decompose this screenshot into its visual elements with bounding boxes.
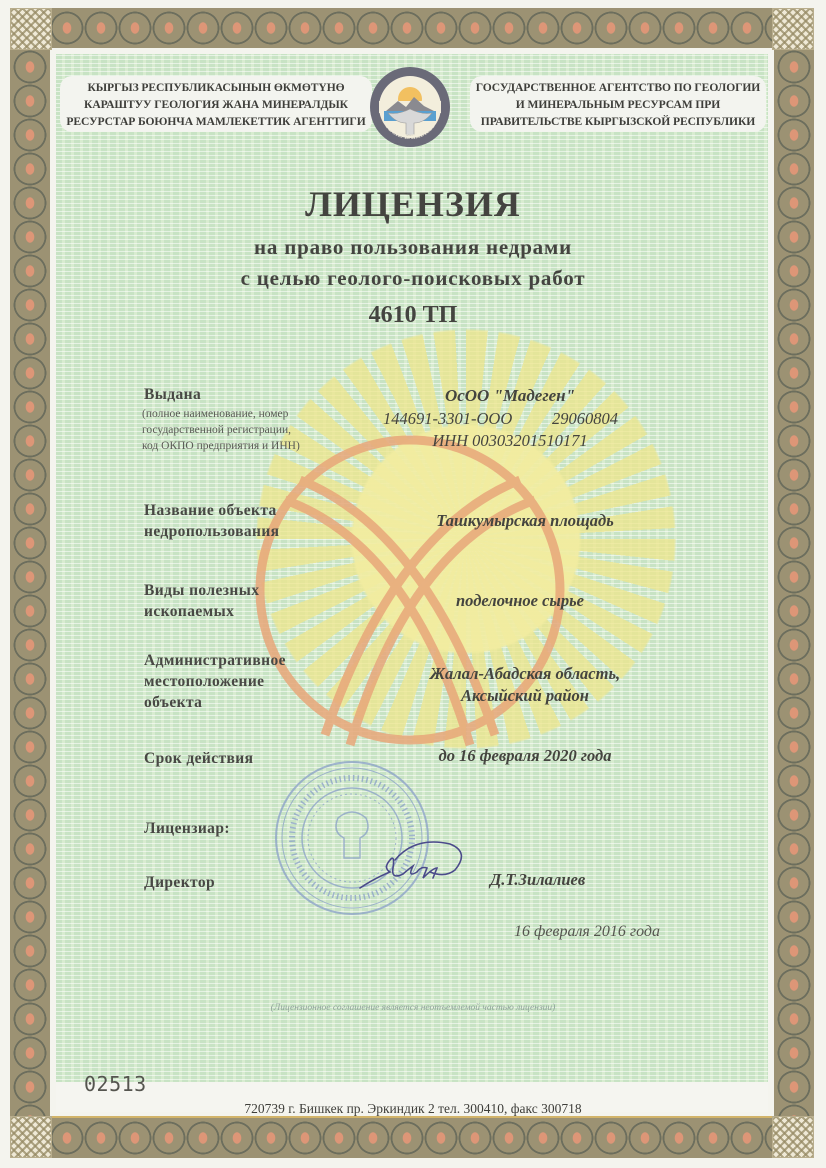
director-signature-icon (355, 838, 470, 896)
licensor-label: Лицензиар: (144, 818, 230, 839)
minerals-label: Виды полезных ископаемых (144, 580, 259, 622)
ornament-corner-icon (10, 1116, 52, 1158)
label-line: местоположение (144, 671, 286, 692)
russian-agency-name: ГОСУДАРСТВЕННОЕ АГЕНТСТВО ПО ГЕОЛОГИИ И … (470, 76, 766, 132)
object-name-label: Название объекта недропользования (144, 500, 279, 542)
license-number: 4610 ТП (0, 302, 826, 329)
okpo-code: 29060804 (552, 408, 662, 430)
agency-line: ГОСУДАРСТВЕННОЕ АГЕНТСТВО ПО ГЕОЛОГИИ (470, 79, 766, 96)
inn-number: ИНН 00303201510171 (400, 430, 620, 452)
company-name: ОсОО "Мадеген" (400, 385, 620, 407)
location-value: Жалал-Абадская область, Аксыйский район (400, 663, 650, 707)
kyrgyz-agency-name: КЫРГЫЗ РЕСПУБЛИКАСЫНЫН ӨКМӨТҮНӨ КАРАШТУУ… (60, 76, 372, 132)
document-subtitle-line2: с целью геолого-поисковых работ (0, 266, 826, 291)
label-line: Административное (144, 650, 286, 671)
note-line: государственной регистрации, (142, 422, 300, 438)
object-name-value: Ташкумырская площадь (410, 510, 640, 532)
issued-to-note: (полное наименование, номер государствен… (142, 406, 300, 454)
agency-line: ПРАВИТЕЛЬСТВЕ КЫРГЫЗСКОЙ РЕСПУБЛИКИ (470, 113, 766, 130)
issued-to-label: Выдана (144, 384, 201, 405)
registration-number: 144691-3301-ООО (383, 408, 543, 430)
validity-label: Срок действия (144, 748, 253, 769)
validity-value: до 16 февраля 2020 года (410, 745, 640, 767)
agency-line: РЕСУРСТАР БОЮНЧА МАМЛЕКЕТТИК АГЕНТТИГИ (60, 113, 372, 130)
agency-line: КЫРГЫЗ РЕСПУБЛИКАСЫНЫН ӨКМӨТҮНӨ (60, 79, 372, 96)
note-line: (полное наименование, номер (142, 406, 300, 422)
ornament-border-top (50, 8, 774, 48)
director-name: Д.Т.Зилалиев (490, 869, 630, 891)
label-line: объекта (144, 692, 286, 713)
note-line: код ОКПО предприятия и ИНН) (142, 438, 300, 454)
agency-line: КАРАШТУУ ГЕОЛОГИЯ ЖАНА МИНЕРАЛДЫК (60, 96, 372, 113)
appendix-note: (Лицензионное соглашение является неотъе… (0, 1003, 826, 1013)
agency-line: И МИНЕРАЛЬНЫМ РЕСУРСАМ ПРИ (470, 96, 766, 113)
label-line: Виды полезных (144, 580, 259, 601)
label-line: Название объекта (144, 500, 279, 521)
agency-address: 720739 г. Бишкек пр. Эркиндик 2 тел. 300… (0, 1101, 826, 1117)
location-line: Жалал-Абадская область, (400, 663, 650, 685)
label-line: недропользования (144, 521, 279, 542)
director-label: Директор (144, 872, 215, 893)
state-emblem-icon: КЫРГЫЗ РЕСПУБЛИКАСЫ (368, 65, 452, 149)
ornament-corner-icon (772, 1116, 814, 1158)
document-title: ЛИЦЕНЗИЯ (0, 183, 826, 225)
location-line: Аксыйский район (400, 685, 650, 707)
ornament-border-bottom (50, 1116, 774, 1158)
ornament-corner-icon (772, 8, 814, 50)
document-subtitle-line1: на право пользования недрами (0, 235, 826, 260)
label-line: ископаемых (144, 601, 259, 622)
serial-number: 02513 (84, 1072, 147, 1096)
location-label: Административное местоположение объекта (144, 650, 286, 713)
minerals-value: поделочное сырье (420, 590, 620, 612)
ornament-corner-icon (10, 8, 52, 50)
issue-date: 16 февраля 2016 года (440, 921, 660, 943)
